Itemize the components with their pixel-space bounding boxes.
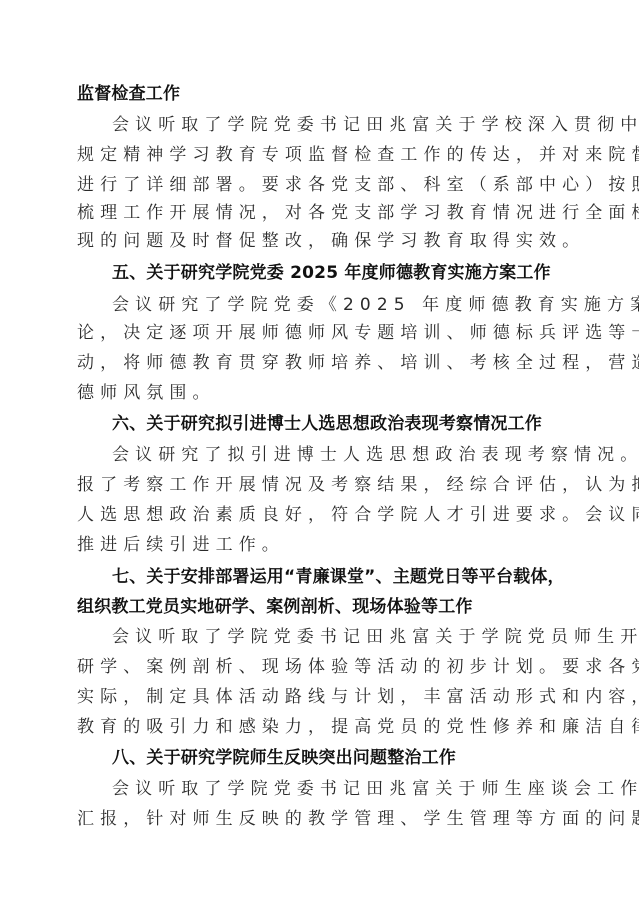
section-heading: 八、关于研究学院师生反映突出问题整治工作	[112, 747, 602, 769]
paragraph-line: 动，将师德教育贯穿教师培养、培训、考核全过程，营造良好的师	[77, 352, 567, 374]
document-page: 监督检查工作 会议听取了学院党委书记田兆富关于学校深入贯彻中央八项 规定精神学习…	[0, 0, 639, 905]
paragraph-line: 规定精神学习教育专项监督检查工作的传达，并对来院督查工作	[77, 144, 567, 166]
paragraph-line: 推进后续引进工作。	[77, 534, 567, 556]
section-heading: 五、关于研究学院党委 2025 年度师德教育实施方案工作	[112, 262, 602, 284]
paragraph-line: 梳理工作开展情况，对各党支部学习教育情况进行全面检查，对发	[77, 202, 567, 224]
paragraph-line: 现的问题及时督促整改，确保学习教育取得实效。	[77, 230, 567, 252]
paragraph-line: 会议研究了学院党委《2025 年度师德教育实施方案》。经讨	[112, 294, 602, 316]
paragraph-line: 教育的吸引力和感染力，提高党员的党性修养和廉洁自律意识。	[77, 716, 567, 738]
paragraph-line: 会议听取了学院党委书记田兆富关于师生座谈会工作情况的	[112, 778, 602, 800]
section-heading: 监督检查工作	[77, 83, 567, 105]
paragraph-line: 人选思想政治素质良好，符合学院人才引进要求。会议同意按程序	[77, 504, 567, 526]
paragraph-line: 研学、案例剖析、现场体验等活动的初步计划。要求各党支部结合	[77, 656, 567, 678]
paragraph-line: 论，决定逐项开展师德师风专题培训、师德标兵评选等一系列活	[77, 322, 567, 344]
section-heading-continued: 组织教工党员实地研学、案例剖析、现场体验等工作	[77, 596, 567, 618]
paragraph-line: 会议研究了拟引进博士人选思想政治表现考察情况。王雷汇	[112, 444, 602, 466]
section-heading: 七、关于安排部署运用“青廉课堂”、主题党日等平台载体，	[112, 566, 602, 588]
paragraph-line: 会议听取了学院党委书记田兆富关于学院党员师生开展实地	[112, 626, 602, 648]
paragraph-line: 德师风氛围。	[77, 382, 567, 404]
paragraph-line: 汇报，针对师生反映的教学管理、学生管理等方面的问题，明确了	[77, 808, 567, 830]
section-heading: 六、关于研究拟引进博士人选思想政治表现考察情况工作	[112, 413, 602, 435]
paragraph-line: 实际，制定具体活动路线与计划，丰富活动形式和内容，增强党员	[77, 686, 567, 708]
paragraph-line: 进行了详细部署。要求各党支部、科室（系部中心）按照督查重点	[77, 174, 567, 196]
paragraph-line: 报了考察工作开展情况及考察结果，经综合评估，认为拟引进博士	[77, 474, 567, 496]
paragraph-line: 会议听取了学院党委书记田兆富关于学校深入贯彻中央八项	[112, 114, 602, 136]
